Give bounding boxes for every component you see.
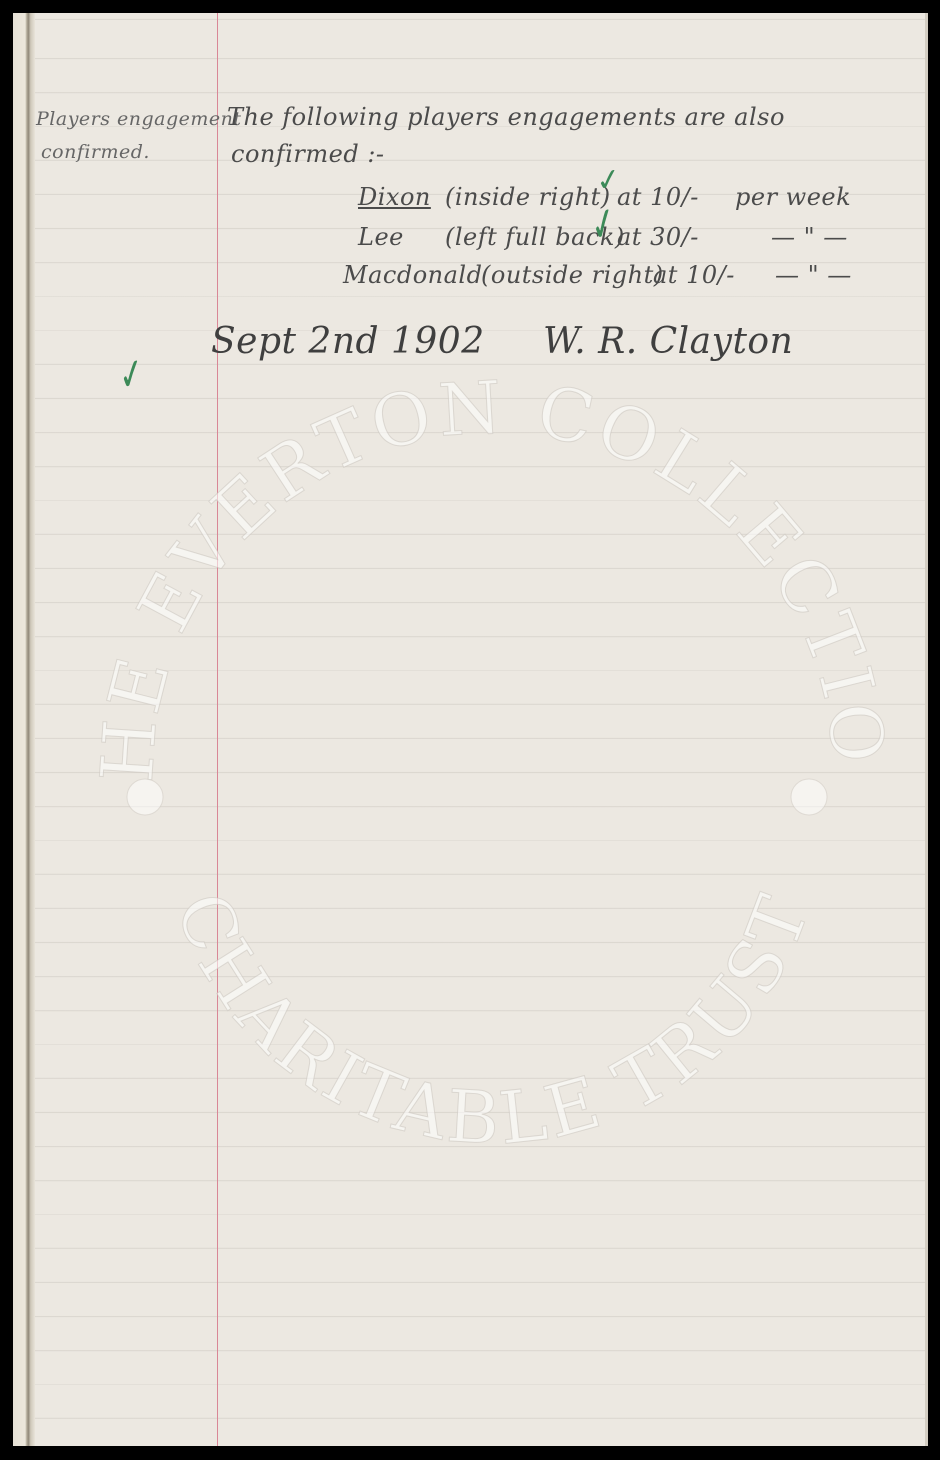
red-margin-rule [217,13,218,1446]
player-wage: at 10/- [617,183,699,211]
watermark-bottom-text: CHARITABLE TRUST [159,881,827,1161]
player-position: (inside right) [445,183,611,211]
margin-note-line2: confirmed. [41,141,150,163]
ledger-page: THE EVERTON COLLECTION CHARITABLE TRUST … [13,13,928,1446]
player-wage-suffix: — " — [775,261,852,289]
minute-intro-line2: confirmed :- [231,140,385,168]
check-mark-icon: ✓ [115,348,147,403]
player-wage: at 30/- [617,223,699,251]
minute-date: Sept 2nd 1902 [211,321,485,362]
player-name: Lee [358,223,404,251]
player-wage-suffix: — " — [771,223,848,251]
page-edge [925,13,928,1446]
margin-note-line1: Players engagement [36,108,242,130]
player-name: Macdonald [343,261,482,289]
player-wage: at 10/- [653,261,735,289]
player-wage-suffix: per week [735,183,851,211]
watermark-dot-left [127,779,163,815]
player-position: (outside right) [481,261,664,289]
watermark-dot-right [791,779,827,815]
minute-intro-line1: The following players engagements are al… [227,103,785,131]
player-name: Dixon [358,183,431,211]
secretary-signature: W. R. Clayton [543,321,793,362]
check-mark-icon: ✓ [593,161,624,200]
book-spine [13,13,35,1446]
